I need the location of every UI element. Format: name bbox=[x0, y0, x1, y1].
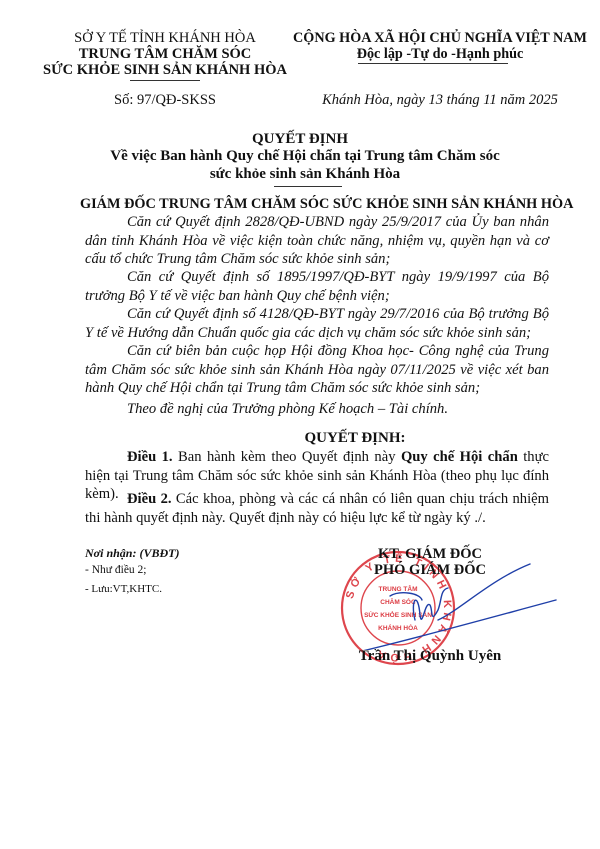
signer-name: Trần Thị Quỳnh Uyên bbox=[330, 648, 530, 665]
org-name-line1: TRUNG TÂM CHĂM SÓC bbox=[40, 46, 290, 63]
article-1-text: Ban hành kèm theo Quyết định này bbox=[173, 449, 401, 465]
article-2-label: Điều 2. bbox=[127, 491, 172, 507]
article-1-label: Điều 1. bbox=[127, 449, 173, 465]
proposal-basis: Theo đề nghị của Trưởng phòng Kế hoạch –… bbox=[85, 400, 549, 419]
national-motto: Độc lập -Tự do -Hạnh phúc bbox=[290, 46, 590, 63]
decision-heading: QUYẾT ĐỊNH: bbox=[80, 430, 600, 447]
handwritten-signature-icon bbox=[330, 560, 570, 650]
recipient-item: - Như điều 2; bbox=[85, 564, 147, 576]
subject-underline bbox=[274, 186, 342, 187]
document-number: Số: 97/QĐ-SKSS bbox=[40, 92, 290, 109]
motto-underline bbox=[358, 63, 508, 64]
article-1-bold: Quy chế Hội chẩn bbox=[401, 449, 518, 465]
recipient-item: - Lưu:VT,KHTC. bbox=[85, 583, 162, 595]
legal-basis-3: Căn cứ Quyết định số 4128/QĐ-BYT ngày 29… bbox=[85, 305, 549, 342]
ministry-name: SỞ Y TẾ TỈNH KHÁNH HÒA bbox=[40, 30, 290, 47]
issuing-authority: GIÁM ĐỐC TRUNG TÂM CHĂM SÓC SỨC KHỎE SIN… bbox=[80, 196, 550, 213]
article-2: Điều 2. Các khoa, phòng và các cá nhân c… bbox=[85, 490, 549, 527]
place-and-date: Khánh Hòa, ngày 13 tháng 11 năm 2025 bbox=[290, 92, 590, 109]
recipients-label: Nơi nhận: (VBĐT) bbox=[85, 546, 179, 561]
legal-basis-4: Căn cứ biên bản cuộc họp Hội đồng Khoa h… bbox=[85, 342, 549, 398]
nation-name: CỘNG HÒA XÃ HỘI CHỦ NGHĨA VIỆT NAM bbox=[290, 30, 590, 47]
document-subject-line1: Về việc Ban hành Quy chế Hội chẩn tại Tr… bbox=[0, 148, 600, 165]
recipients-label-suffix: : (VBĐT) bbox=[132, 546, 179, 560]
legal-basis-1: Căn cứ Quyết định 2828/QĐ-UBND ngày 25/9… bbox=[85, 213, 549, 269]
org-name-line2: SỨC KHỎE SINH SẢN KHÁNH HÒA bbox=[40, 62, 290, 79]
legal-basis-2: Căn cứ Quyết định số 1895/1997/QĐ-BYT ng… bbox=[85, 268, 549, 305]
document-title: QUYẾT ĐỊNH bbox=[0, 131, 600, 148]
recipients-label-text: Nơi nhận bbox=[85, 546, 132, 560]
document-subject-line2: sức khỏe sinh sản Khánh Hòa bbox=[0, 166, 600, 183]
org-underline bbox=[130, 80, 200, 81]
